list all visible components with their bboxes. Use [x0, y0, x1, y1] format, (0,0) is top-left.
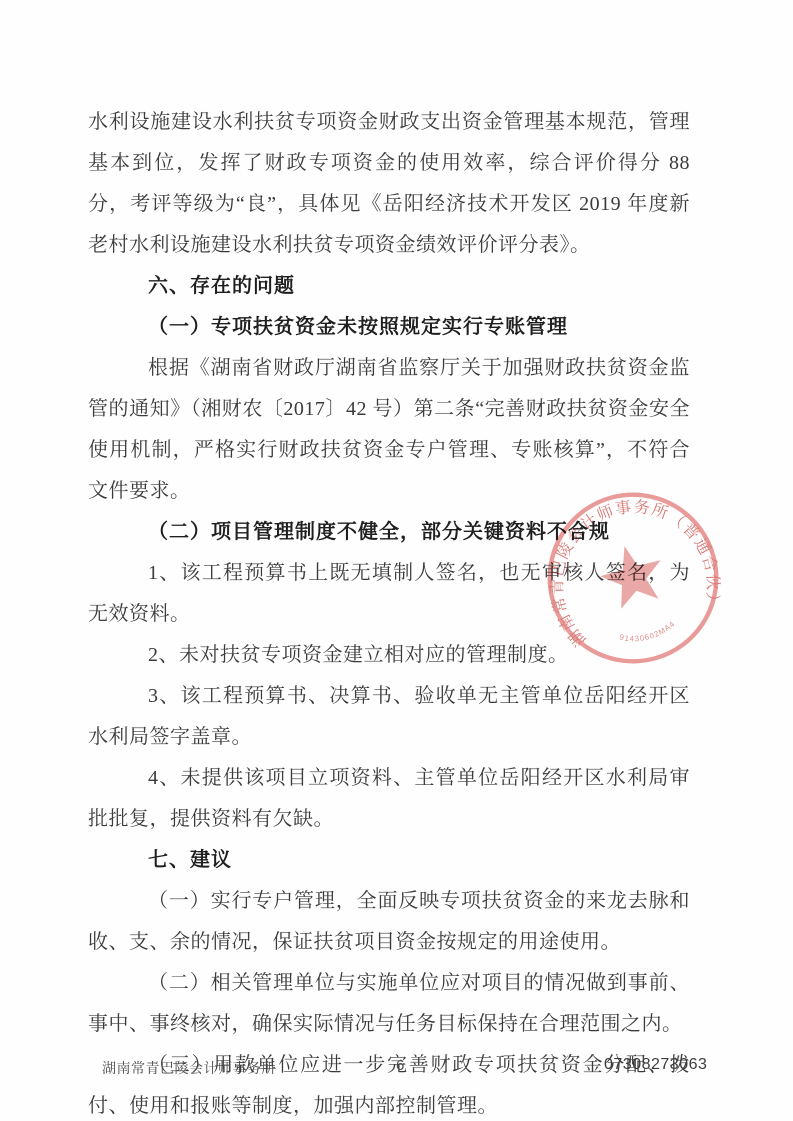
list-item-1: 1、该工程预算书上既无填制人签名，也无审核人签名，为无效资料。 [88, 553, 690, 635]
page-footer: 湖南常青巴陵会计师事务所 6 07308273063 [0, 1052, 793, 1082]
list-item-2: 2、未对扶贫专项资金建立相对应的管理制度。 [88, 635, 690, 676]
paragraph: 水利设施建设水利扶贫专项资金财政支出资金管理基本规范，管理基本到位，发挥了财政专… [88, 102, 690, 266]
suggestion-item-1: （一）实行专户管理，全面反映专项扶贫资金的来龙去脉和收、支、余的情况，保证扶贫项… [88, 881, 690, 963]
subsection-heading-project-management: （二）项目管理制度不健全，部分关键资料不合规 [88, 512, 690, 553]
footer-phone-number: 07308273063 [604, 1056, 707, 1074]
footer-firm-name: 湖南常青巴陵会计师事务所 [102, 1058, 276, 1078]
list-item-3: 3、该工程预算书、决算书、验收单无主管单位岳阳经开区水利局签字盖章。 [88, 676, 690, 758]
list-item-4: 4、未提供该项目立项资料、主管单位岳阳经开区水利局审批批复，提供资料有欠缺。 [88, 758, 690, 840]
suggestion-item-2: （二）相关管理单位与实施单位应对项目的情况做到事前、事中、事终核对，确保实际情况… [88, 963, 690, 1045]
section-heading-problems: 六、存在的问题 [88, 266, 690, 307]
paragraph: 根据《湖南省财政厅湖南省监察厅关于加强财政扶贫资金监管的通知》（湘财农〔2017… [88, 348, 690, 512]
document-page: 水利设施建设水利扶贫专项资金财政支出资金管理基本规范，管理基本到位，发挥了财政专… [0, 0, 793, 1121]
subsection-heading-account-management: （一）专项扶贫资金未按照规定实行专账管理 [88, 307, 690, 348]
footer-page-number: 6 [396, 1057, 404, 1074]
document-body: 水利设施建设水利扶贫专项资金财政支出资金管理基本规范，管理基本到位，发挥了财政专… [88, 102, 690, 1121]
section-heading-suggestions: 七、建议 [88, 840, 690, 881]
